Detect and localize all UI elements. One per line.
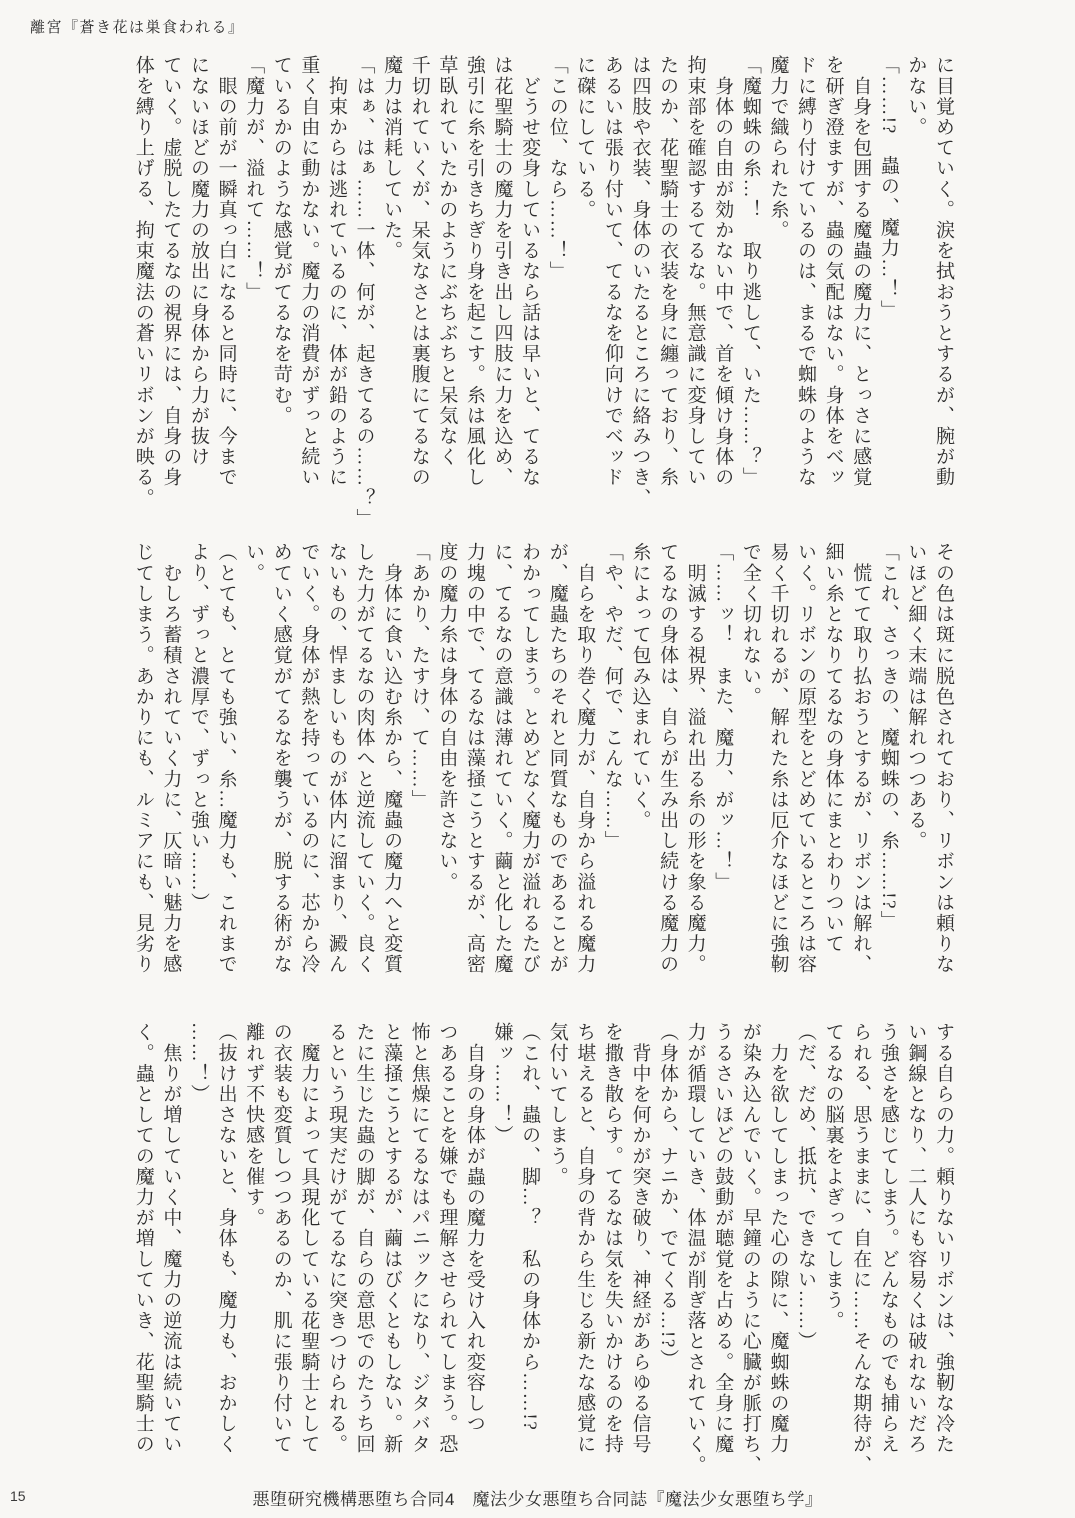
text-column: と藻掻こうとするが、繭はびくともしない。新 xyxy=(378,1022,406,1494)
text-column: 「……ッ！ また、魔力、がッ…！」 xyxy=(709,542,737,1014)
text-column: 細い糸となりてるなの身体にまとわりついて xyxy=(819,542,847,1014)
text-column: 易く千切れるが、解れた糸は厄介なほどに強靭 xyxy=(764,542,792,1014)
text-column: ていく。虚脱したてるなの視界には、自身の身 xyxy=(157,55,185,527)
text-column: 身体に食い込む糸から、魔蟲の魔力へと変質 xyxy=(378,542,406,1014)
text-column: が染み込んでいく。早鐘のように心臓が脈打ち、 xyxy=(736,1022,764,1494)
text-column: 魔力は消耗していた。 xyxy=(378,55,406,527)
text-column: どうせ変身しているなら話は早いと、てるな xyxy=(516,55,544,527)
text-column: い鋼線となり、二人にも容易くは破れないだろ xyxy=(902,1022,930,1494)
text-column: （とても、とても強い、糸…魔力も、これまで xyxy=(212,542,240,1014)
text-column: に目覚めていく。涙を拭おうとするが、腕が動 xyxy=(929,55,957,527)
text-column: いほど細く末端は解れつつある。 xyxy=(902,542,930,1014)
text-column: でいく。身体が熱を持っているのに、芯から冷 xyxy=(295,542,323,1014)
text-column: ち堪えると、自身の背から生じる新たな感覚に xyxy=(571,1022,599,1494)
text-column: 明滅する視界、溢れ出る糸の形を象る魔力。 xyxy=(681,542,709,1014)
text-column: 「この位、なら……！」 xyxy=(543,55,571,527)
text-column: する自らの力。頼りないリボンは、強靭な冷た xyxy=(929,1022,957,1494)
text-column: てるなの身体は、自らが生み出し続ける魔力の xyxy=(653,542,681,1014)
text-band-bottom: する自らの力。頼りないリボンは、強靭な冷たい鋼線となり、二人にも容易くは破れない… xyxy=(129,1022,957,1494)
text-column: に、てるなの意識は薄れていく。繭と化した魔 xyxy=(488,542,516,1014)
footer-publication-title: 悪堕研究機構悪堕ち合同4 魔法少女悪堕ち合同誌『魔法少女悪堕ち学』 xyxy=(0,1485,1075,1510)
text-column: てるなの脳裏をよぎってしまう。 xyxy=(819,1022,847,1494)
text-column: うるさいほどの鼓動が聴覚を占める。全身に魔 xyxy=(709,1022,737,1494)
text-column: 「魔蜘蛛の糸…！ 取り逃して、いた……？」 xyxy=(736,55,764,527)
text-column: ドに縛り付けているのは、まるで蜘蛛のような xyxy=(791,55,819,527)
text-column: かない。 xyxy=(902,55,930,527)
text-column: う強さを感じてしまう。どんなものでも捕らえ xyxy=(874,1022,902,1494)
text-column: い。 xyxy=(240,542,268,1014)
text-column: （これ、蟲の、脚…？ 私の身体から……!? xyxy=(516,1022,544,1494)
text-column: 焦りが増していく中、魔力の逆流は続いてい xyxy=(157,1022,185,1494)
text-column: 草臥れていたかのようにぶちぶちと呆気なく xyxy=(433,55,461,527)
text-column: むしろ蓄積されていく力に、仄暗い魅力を感 xyxy=(157,542,185,1014)
text-column: 眼の前が一瞬真っ白になると同時に、今まで xyxy=(212,55,240,527)
text-column: られる、思うままに、自在に……そんな期待が、 xyxy=(847,1022,875,1494)
text-column: わかってしまう。とめどなく魔力が溢れるたび xyxy=(516,542,544,1014)
text-column: るという現実だけがてるなに突きつけられる。 xyxy=(322,1022,350,1494)
text-column: 力塊の中で、てるなは藻掻こうとするが、高密 xyxy=(460,542,488,1014)
text-column: 重く自由に動かない。魔力の消費がずっと続い xyxy=(295,55,323,527)
document-page: 離宮『蒼き花は巣食われる』 に目覚めていく。涙を拭おうとするが、腕が動かない。「… xyxy=(0,0,1075,1518)
text-column: 慌てて取り払おうとするが、リボンは解れ、 xyxy=(847,542,875,1014)
text-column: 気付いてしまう。 xyxy=(543,1022,571,1494)
text-column: 糸によって包み込まれていく。 xyxy=(626,542,654,1014)
text-column: 魔力によって具現化している花聖騎士として xyxy=(295,1022,323,1494)
text-column: 拘束からは逃れているのに、体が鉛のように xyxy=(322,55,350,527)
text-column: 「あかり、たすけ、て……」 xyxy=(405,542,433,1014)
text-column: じてしまう。あかりにも、ルミアにも、見劣り xyxy=(129,542,157,1014)
text-column: 嫌ッ……！） xyxy=(488,1022,516,1494)
text-band-top: に目覚めていく。涙を拭おうとするが、腕が動かない。「……!? 蟲の、魔力…！」 … xyxy=(129,55,957,527)
text-column: 強引に糸を引きちぎり身を起こす。糸は風化し xyxy=(460,55,488,527)
text-column: ……！） xyxy=(184,1022,212,1494)
text-column: つあることを嫌でも理解させられてしまう。恐 xyxy=(433,1022,461,1494)
text-column: は四肢や衣装、身体のいたるところに絡みつき、 xyxy=(626,55,654,527)
text-column: 「や、やだ、何で、こんな……」 xyxy=(598,542,626,1014)
text-column: いく。リボンの原型をとどめているところは容 xyxy=(791,542,819,1014)
text-column: く。蟲としての魔力が増していき、花聖騎士の xyxy=(129,1022,157,1494)
text-column: 魔力で織られた糸。 xyxy=(764,55,792,527)
text-column: 千切れていくが、呆気なさとは裏腹にてるなの xyxy=(405,55,433,527)
text-column: （だ、だめ、抵抗、できない……） xyxy=(791,1022,819,1494)
text-column: 自らを取り巻く魔力が、自身から溢れる魔力 xyxy=(571,542,599,1014)
text-column: たのか、花聖騎士の衣装を身に纏っており、糸 xyxy=(653,55,681,527)
text-column: より、ずっと濃厚で、ずっと強い……） xyxy=(184,542,212,1014)
chapter-title: 離宮『蒼き花は巣食われる』 xyxy=(30,16,245,37)
text-column: その色は斑に脱色されており、リボンは頼りな xyxy=(929,542,957,1014)
text-column: 力が循環していき、体温が削ぎ落とされていく。 xyxy=(681,1022,709,1494)
text-column: で全く切れない。 xyxy=(736,542,764,1014)
text-column: 拘束部を確認するてるな。無意識に変身してい xyxy=(681,55,709,527)
text-column: 度の魔力糸は身体の自由を許さない。 xyxy=(433,542,461,1014)
text-column: 自身の身体が蟲の魔力を受け入れ変容しつ xyxy=(460,1022,488,1494)
text-column: 力を欲してしまった心の隙に、魔蜘蛛の魔力 xyxy=(764,1022,792,1494)
text-column: 「これ、さっきの、魔蜘蛛の、糸……!?」 xyxy=(874,542,902,1014)
text-column: は花聖騎士の魔力を引き出し四肢に力を込め、 xyxy=(488,55,516,527)
text-column: 離れず不快感を催す。 xyxy=(240,1022,268,1494)
text-column: を研ぎ澄ますが、蟲の気配はない。身体をベッ xyxy=(819,55,847,527)
text-column: （身体から、ナニか、でてくる…!?） xyxy=(653,1022,681,1494)
text-column: が、魔蟲たちのそれと同質なものであることが xyxy=(543,542,571,1014)
text-column: たに生じた蟲の脚が、自らの意思でのたうち回 xyxy=(350,1022,378,1494)
text-column: 背中を何かが突き破り、神経があらゆる信号 xyxy=(626,1022,654,1494)
text-column: 体を縛り上げる、拘束魔法の蒼いリボンが映る。 xyxy=(129,55,157,527)
text-column: 身体の自由が効かない中で、首を傾け身体の xyxy=(709,55,737,527)
text-column: ているかのような感覚がてるなを苛む。 xyxy=(267,55,295,527)
text-column: にないほどの魔力の放出に身体から力が抜け xyxy=(184,55,212,527)
text-column: 「はぁ、はぁ……一体、何が、起きてるの……？」 xyxy=(350,55,378,527)
text-column: の衣装も変質しつつあるのか、肌に張り付いて xyxy=(267,1022,295,1494)
text-column: 怖と焦燥にてるなはパニックになり、ジタバタ xyxy=(405,1022,433,1494)
text-column: あるいは張り付いて、てるなを仰向けでベッド xyxy=(598,55,626,527)
text-column: 「……!? 蟲の、魔力…！」 xyxy=(874,55,902,527)
text-column: ないもの、悍ましいものが体内に溜まり、澱ん xyxy=(322,542,350,1014)
text-band-middle: その色は斑に脱色されており、リボンは頼りないほど細く末端は解れつつある。「これ、… xyxy=(129,542,957,1014)
text-column: に磔にしている。 xyxy=(571,55,599,527)
text-column: を撒き散らす。てるなは気を失いかけるのを持 xyxy=(598,1022,626,1494)
text-column: 自身を包囲する魔蟲の魔力に、とっさに感覚 xyxy=(847,55,875,527)
text-column: 「魔力が、溢れて……！」 xyxy=(240,55,268,527)
text-column: （抜け出さないと、身体も、魔力も、おかしく xyxy=(212,1022,240,1494)
text-column: した力がてるなの肉体へと逆流していく。良く xyxy=(350,542,378,1014)
text-column: めていく感覚がてるなを襲うが、脱する術がな xyxy=(267,542,295,1014)
